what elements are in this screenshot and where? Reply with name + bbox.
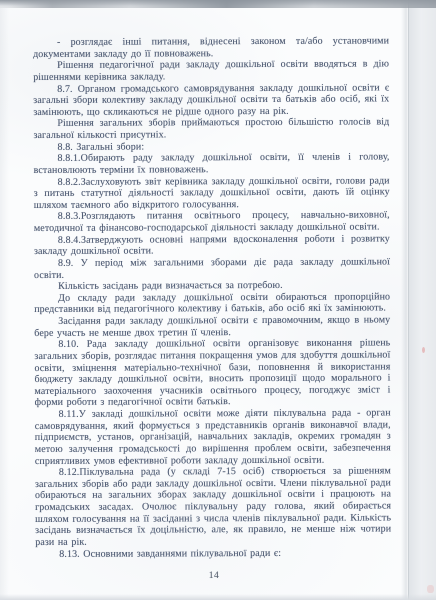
left-edge-noise [0, 0, 9, 600]
paragraph: 8.8.4.Затверджують основні напрями вдоск… [34, 233, 390, 258]
paragraph: 8.9. У період між загальними зборами діє… [34, 256, 390, 281]
paragraph: 8.10. Рада закладу дошкільної освіти орг… [34, 338, 390, 409]
scanner-bottom-band [0, 594, 436, 600]
paragraph: Рішення педагогічної ради закладу дошкіл… [33, 59, 389, 84]
document-body: - розглядає інші питання, віднесені зако… [33, 35, 391, 560]
paragraph: Рішення загальних зборів приймаються про… [33, 117, 389, 142]
scanner-right-strip [408, 0, 436, 600]
paragraph: 8.11.У закладі дошкільної освіти може ді… [35, 407, 391, 467]
scan-artifact-speck [422, 347, 425, 353]
paragraph: 8.13. Основними завданнями піклувальної … [35, 547, 391, 560]
scanned-document-page: - розглядає інші питання, віднесені зако… [0, 0, 436, 600]
paragraph: 8.12.Піклувальна рада (у складі 7-15 осі… [35, 466, 391, 549]
scan-artifact-speck [427, 585, 434, 593]
paragraph: - розглядає інші питання, віднесені зако… [33, 35, 389, 60]
scanner-top-band [0, 0, 436, 8]
paragraph: 8.8.3.Розглядають питання освітнього про… [34, 210, 390, 235]
paragraph: 8.8.1.Обирають раду закладу дошкільної о… [34, 152, 390, 177]
paragraph: 8.8.2.Заслуховують звіт керівника заклад… [34, 175, 390, 211]
paragraph: До складу ради закладу дошкільної освіти… [34, 291, 390, 316]
page-number: 14 [33, 571, 395, 581]
paragraph: Засідання ради закладу дошкільної освіти… [34, 314, 390, 339]
paragraph: 8.7. Органом громадського самоврядування… [33, 82, 389, 118]
